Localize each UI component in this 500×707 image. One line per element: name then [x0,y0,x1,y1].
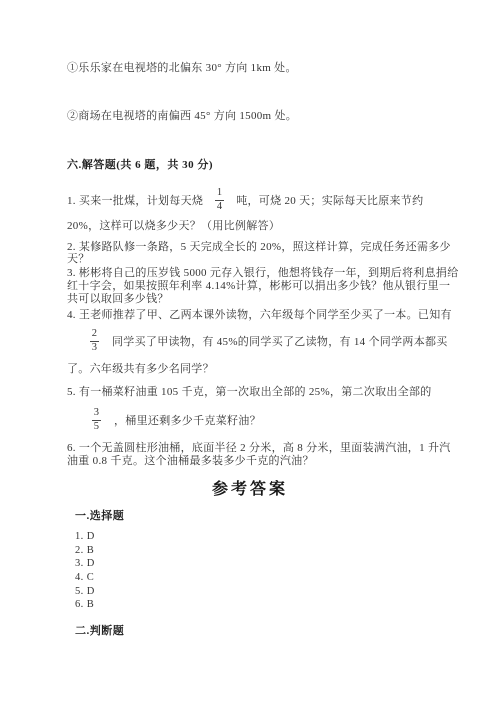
answer-item-3: 3. D [75,558,95,569]
question-1-line-2: 20%，这样可以烧多少天？（用比例解答） [67,217,280,233]
answer-item-5: 5. D [75,586,95,597]
question-6-line-2: 油重 0.8 千克。这个油桶最多装多少千克的汽油？ [67,452,314,468]
fraction-numerator: 1 [217,188,223,199]
position-item-2: ②商场在电视塔的南偏西 45° 方向 1500m 处。 [67,107,297,123]
question-3-line-3: 共可以取回多少钱？ [67,290,169,306]
answer-key-title: 参考答案 [0,476,500,499]
answer-item-2: 2. B [75,545,94,556]
fraction-denominator: 5 [94,422,100,433]
position-item-1: ①乐乐家在电视塔的北偏东 30° 方向 1km 处。 [67,59,297,75]
fraction-three-fifths: 3 5 [92,408,101,433]
judge-section-heading: 二.判断题 [75,622,124,638]
question-4-line-3: 了。六年级共有多少名同学？ [67,360,214,376]
answer-item-6: 6. B [75,599,94,610]
answer-item-4: 4. C [75,572,94,583]
fraction-denominator: 3 [92,343,98,354]
section-six-heading: 六.解答题(共 6 题，共 30 分) [67,156,213,172]
question-5-frac-post-text: ，桶里还剩多少千克菜籽油？ [114,412,261,428]
answer-item-1: 1. D [75,531,95,542]
question-1-pre-text: 1. 买来一批煤，计划每天烧 [67,192,203,208]
question-4-line-2: 2 3 同学买了甲读物，有 45%的同学买了乙读物，有 14 个同学两本都买 [67,328,448,354]
fraction-numerator: 2 [92,329,98,340]
fraction-denominator: 4 [217,202,223,213]
question-2-line-1: 2. 某修路队修一条路，5 天完成全长的 20%，照这样计算，完成任务还需多少 [67,238,451,254]
fraction-one-fourth: 1 4 [215,188,224,213]
question-5-line-1: 5. 有一桶菜籽油重 105 千克，第一次取出全部的 25%，第二次取出全部的 [67,383,432,399]
fraction-numerator: 3 [94,408,100,419]
question-4-frac-post-text: 同学买了甲读物，有 45%的同学买了乙读物，有 14 个同学两本都买 [112,333,448,349]
exam-document-page: ①乐乐家在电视塔的北偏东 30° 方向 1km 处。 ②商场在电视塔的南偏西 4… [0,0,500,707]
question-1-line-1: 1. 买来一批煤，计划每天烧 1 4 吨，可烧 20 天；实际每天比原来节约 [67,188,423,212]
fraction-two-thirds: 2 3 [90,329,99,354]
question-4-line-1: 4. 王老师推荐了甲、乙两本课外读物，六年级每个同学至少买了一本。已知有 [67,306,452,322]
question-5-line-2: 3 5 ，桶里还剩多少千克菜籽油？ [67,407,261,433]
choice-section-heading: 一.选择题 [75,507,124,523]
question-1-post-text: 吨，可烧 20 天；实际每天比原来节约 [236,192,423,208]
